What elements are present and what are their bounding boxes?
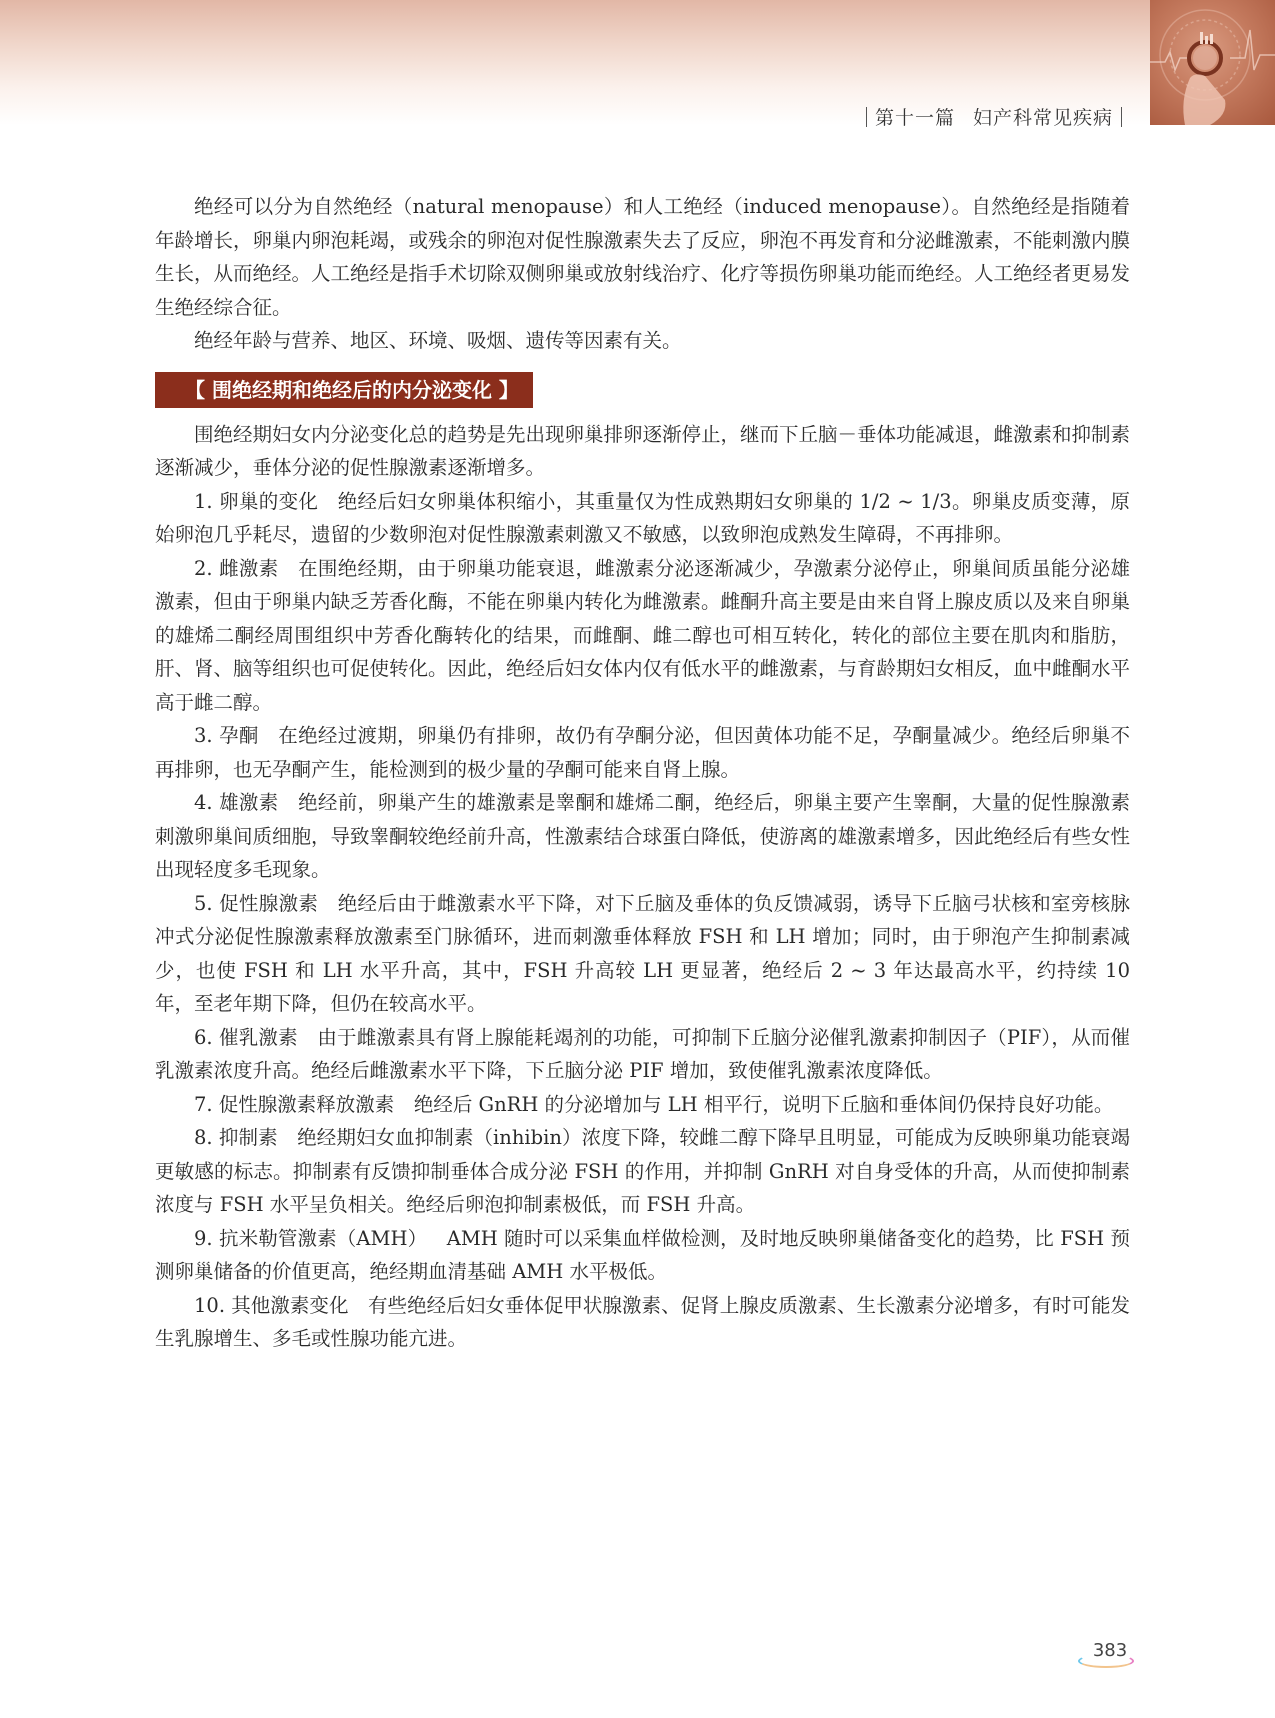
item-title: 5. 促性腺激素 xyxy=(194,892,318,915)
list-item: 1. 卵巢的变化绝经后妇女卵巢体积缩小，其重量仅为性成熟期妇女卵巢的 1/2 ~… xyxy=(155,485,1130,552)
stethoscope-photo xyxy=(1150,0,1275,125)
list-item: 2. 雌激素在围绝经期，由于卵巢功能衰退，雌激素分泌逐渐减少，孕激素分泌停止，卵… xyxy=(155,552,1130,720)
item-text: 由于雌激素具有肾上腺能耗竭剂的功能，可抑制下丘脑分泌催乳激素抑制因子（PIF），… xyxy=(155,1026,1130,1083)
item-text: 在绝经过渡期，卵巢仍有排卵，故仍有孕酮分泌，但因黄体功能不足，孕酮量减少。绝经后… xyxy=(155,724,1130,781)
item-title: 4. 雄激素 xyxy=(194,791,279,814)
list-item: 6. 催乳激素由于雌激素具有肾上腺能耗竭剂的功能，可抑制下丘脑分泌催乳激素抑制因… xyxy=(155,1021,1130,1088)
stethoscope-icon xyxy=(1150,0,1275,125)
page-body: 绝经可以分为自然绝经（natural menopause）和人工绝经（induc… xyxy=(155,190,1130,1356)
list-item: 4. 雄激素绝经前，卵巢产生的雄激素是睾酮和雄烯二酮，绝经后，卵巢主要产生睾酮，… xyxy=(155,786,1130,887)
section-heading: 【 围绝经期和绝经后的内分泌变化 】 xyxy=(155,372,533,408)
section-lead: 围绝经期妇女内分泌变化总的趋势是先出现卵巢排卵逐渐停止，继而下丘脑－垂体功能减退… xyxy=(155,418,1130,485)
page-number: 383 xyxy=(1075,1640,1145,1670)
part-title: 妇产科常见疾病 xyxy=(973,107,1113,129)
item-title: 8. 抑制素 xyxy=(194,1126,278,1149)
list-item: 3. 孕酮在绝经过渡期，卵巢仍有排卵，故仍有孕酮分泌，但因黄体功能不足，孕酮量减… xyxy=(155,719,1130,786)
item-text: 在围绝经期，由于卵巢功能衰退，雌激素分泌逐渐减少，孕激素分泌停止，卵巢间质虽能分… xyxy=(155,557,1130,714)
item-title: 6. 催乳激素 xyxy=(194,1026,298,1049)
item-text: 绝经后 GnRH 的分泌增加与 LH 相平行，说明下丘脑和垂体间仍保持良好功能。 xyxy=(414,1093,1114,1116)
list-item: 10. 其他激素变化有些绝经后妇女垂体促甲状腺激素、促肾上腺皮质激素、生长激素分… xyxy=(155,1289,1130,1356)
list-item: 5. 促性腺激素绝经后由于雌激素水平下降，对下丘脑及垂体的负反馈减弱，诱导下丘脑… xyxy=(155,887,1130,1021)
item-text: 绝经期妇女血抑制素（inhibin）浓度下降，较雌二醇下降早且明显，可能成为反映… xyxy=(155,1126,1130,1216)
item-title: 3. 孕酮 xyxy=(194,724,259,747)
page-number-text: 383 xyxy=(1093,1640,1127,1661)
list-item: 9. 抗米勒管激素（AMH）AMH 随时可以采集血样做检测，及时地反映卵巢储备变… xyxy=(155,1222,1130,1289)
divider xyxy=(1121,107,1122,127)
item-title: 2. 雌激素 xyxy=(194,557,279,580)
list-item: 8. 抑制素绝经期妇女血抑制素（inhibin）浓度下降，较雌二醇下降早且明显，… xyxy=(155,1121,1130,1222)
item-title: 9. 抗米勒管激素（AMH） xyxy=(194,1227,427,1250)
item-text: 绝经前，卵巢产生的雄激素是睾酮和雄烯二酮，绝经后，卵巢主要产生睾酮，大量的促性腺… xyxy=(155,791,1130,881)
item-title: 7. 促性腺激素释放激素 xyxy=(194,1093,394,1116)
intro-paragraph: 绝经年龄与营养、地区、环境、吸烟、遗传等因素有关。 xyxy=(155,324,1130,358)
part-label: 第十一篇 xyxy=(875,107,955,129)
running-head: 第十一篇妇产科常见疾病 xyxy=(858,103,1130,130)
item-title: 10. 其他激素变化 xyxy=(194,1294,349,1317)
intro-paragraph: 绝经可以分为自然绝经（natural menopause）和人工绝经（induc… xyxy=(155,190,1130,324)
divider xyxy=(866,107,867,127)
list-item: 7. 促性腺激素释放激素绝经后 GnRH 的分泌增加与 LH 相平行，说明下丘脑… xyxy=(155,1088,1130,1122)
item-title: 1. 卵巢的变化 xyxy=(194,490,318,513)
